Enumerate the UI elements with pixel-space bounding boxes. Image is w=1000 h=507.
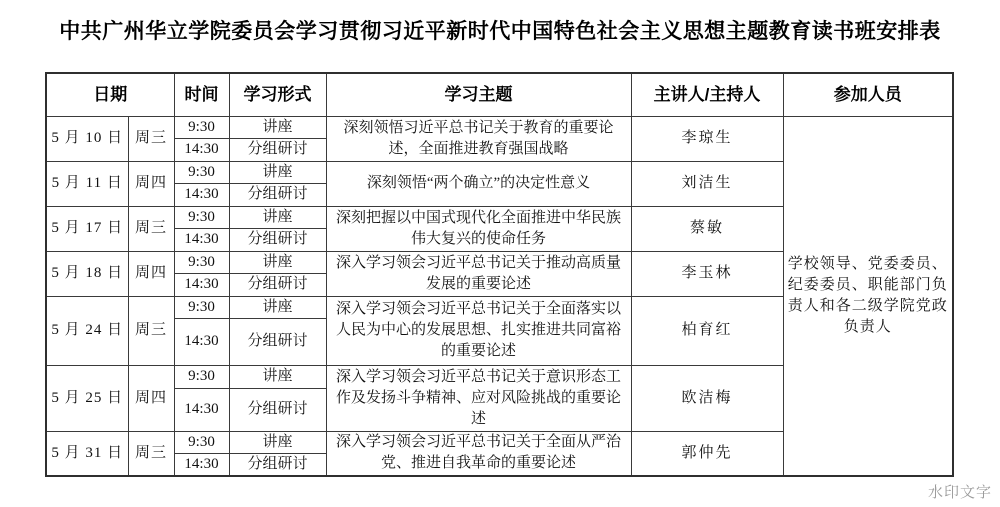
time-cell: 14:30 (174, 138, 229, 161)
form-cell: 分组研讨 (229, 138, 326, 161)
form-cell: 讲座 (229, 206, 326, 228)
header-participants: 参加人员 (783, 73, 953, 116)
weekday-cell: 周四 (128, 161, 174, 206)
time-cell: 14:30 (174, 228, 229, 251)
time-cell: 14:30 (174, 453, 229, 476)
date-cell: 5 月 31 日 (46, 431, 128, 476)
form-cell: 讲座 (229, 431, 326, 453)
table-row: 5 月 10 日 周三 9:30 讲座 深刻领悟习近平总书记关于教育的重要论述，… (46, 116, 953, 138)
participants-cell: 学校领导、党委委员、纪委委员、职能部门负责人和各二级学院党政负责人 (783, 116, 953, 476)
speaker-cell: 李琼生 (631, 116, 783, 161)
table-header-row: 日期 时间 学习形式 学习主题 主讲人/主持人 参加人员 (46, 73, 953, 116)
document-page: 中共广州华立学院委员会学习贯彻习近平新时代中国特色社会主义思想主题教育读书班安排… (0, 0, 1000, 507)
time-cell: 9:30 (174, 251, 229, 273)
schedule-table: 日期 时间 学习形式 学习主题 主讲人/主持人 参加人员 5 月 10 日 周三… (45, 72, 954, 477)
header-date: 日期 (46, 73, 174, 116)
form-cell: 分组研讨 (229, 183, 326, 206)
date-cell: 5 月 10 日 (46, 116, 128, 161)
time-cell: 14:30 (174, 273, 229, 296)
date-cell: 5 月 11 日 (46, 161, 128, 206)
time-cell: 9:30 (174, 296, 229, 318)
time-cell: 9:30 (174, 365, 229, 388)
form-cell: 分组研讨 (229, 453, 326, 476)
form-cell: 分组研讨 (229, 273, 326, 296)
header-form: 学习形式 (229, 73, 326, 116)
speaker-cell: 李玉林 (631, 251, 783, 296)
header-speaker: 主讲人/主持人 (631, 73, 783, 116)
date-cell: 5 月 18 日 (46, 251, 128, 296)
page-title: 中共广州华立学院委员会学习贯彻习近平新时代中国特色社会主义思想主题教育读书班安排… (0, 19, 1000, 44)
speaker-cell: 刘洁生 (631, 161, 783, 206)
time-cell: 9:30 (174, 431, 229, 453)
speaker-cell: 柏育红 (631, 296, 783, 365)
form-cell: 讲座 (229, 296, 326, 318)
form-cell: 讲座 (229, 116, 326, 138)
date-cell: 5 月 24 日 (46, 296, 128, 365)
weekday-cell: 周四 (128, 365, 174, 431)
weekday-cell: 周四 (128, 251, 174, 296)
weekday-cell: 周三 (128, 116, 174, 161)
speaker-cell: 蔡敏 (631, 206, 783, 251)
time-cell: 9:30 (174, 206, 229, 228)
time-cell: 14:30 (174, 318, 229, 365)
form-cell: 分组研讨 (229, 318, 326, 365)
time-cell: 9:30 (174, 116, 229, 138)
form-cell: 讲座 (229, 365, 326, 388)
form-cell: 分组研讨 (229, 228, 326, 251)
weekday-cell: 周三 (128, 206, 174, 251)
form-cell: 分组研讨 (229, 388, 326, 431)
date-cell: 5 月 25 日 (46, 365, 128, 431)
speaker-cell: 郭仲先 (631, 431, 783, 476)
watermark-text: 水印文字 (928, 481, 992, 502)
topic-cell: 深刻把握以中国式现代化全面推进中华民族伟大复兴的使命任务 (326, 206, 631, 251)
topic-cell: 深刻领悟习近平总书记关于教育的重要论述，全面推进教育强国战略 (326, 116, 631, 161)
weekday-cell: 周三 (128, 296, 174, 365)
header-time: 时间 (174, 73, 229, 116)
topic-cell: 深入学习领会习近平总书记关于意识形态工作及发扬斗争精神、应对风险挑战的重要论述 (326, 365, 631, 431)
form-cell: 讲座 (229, 161, 326, 183)
topic-cell: 深入学习领会习近平总书记关于推动高质量发展的重要论述 (326, 251, 631, 296)
time-cell: 14:30 (174, 388, 229, 431)
speaker-cell: 欧洁梅 (631, 365, 783, 431)
weekday-cell: 周三 (128, 431, 174, 476)
time-cell: 9:30 (174, 161, 229, 183)
topic-cell: 深入学习领会习近平总书记关于全面从严治党、推进自我革命的重要论述 (326, 431, 631, 476)
form-cell: 讲座 (229, 251, 326, 273)
time-cell: 14:30 (174, 183, 229, 206)
date-cell: 5 月 17 日 (46, 206, 128, 251)
header-topic: 学习主题 (326, 73, 631, 116)
topic-cell: 深刻领悟“两个确立”的决定性意义 (326, 161, 631, 206)
topic-cell: 深入学习领会习近平总书记关于全面落实以人民为中心的发展思想、扎实推进共同富裕的重… (326, 296, 631, 365)
